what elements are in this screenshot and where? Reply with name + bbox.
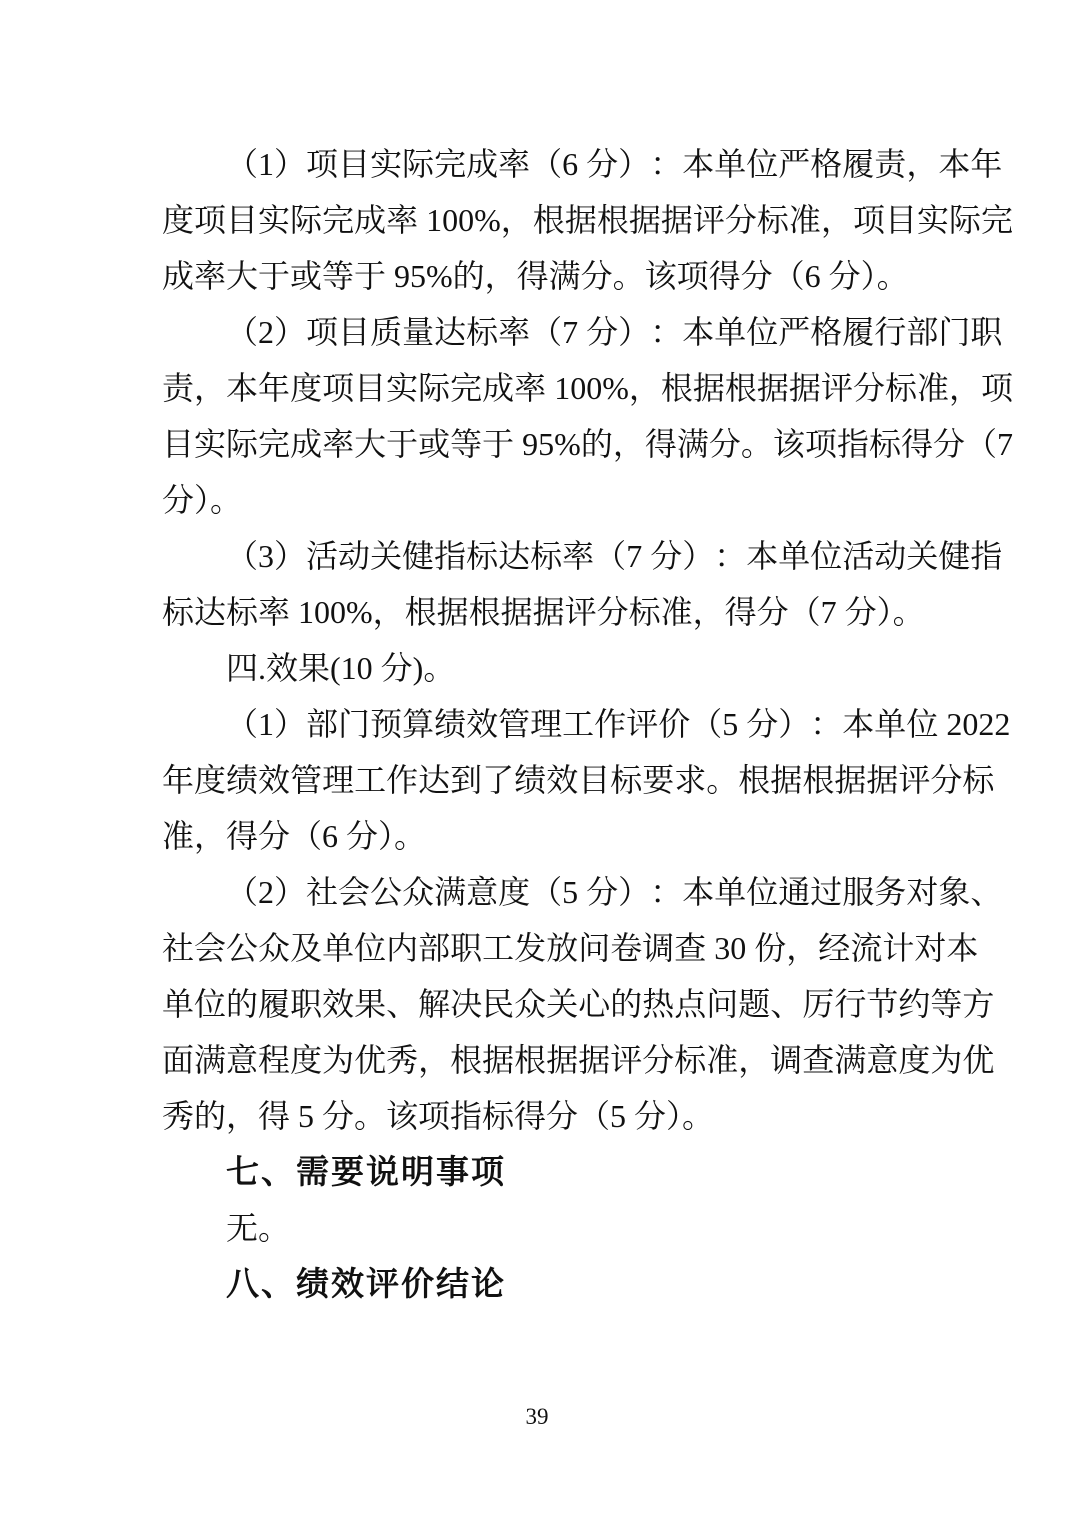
- document-page: （1）项目实际完成率（6 分）：本单位严格履责，本年度项目实际完成率 100%，…: [0, 0, 1074, 1520]
- text-line: 秀的，得 5 分。该项指标得分（5 分）。: [162, 1088, 910, 1144]
- text-line: 面满意程度为优秀，根据根据据评分标准，调查满意度为优: [162, 1032, 910, 1088]
- text-line: 无。: [162, 1200, 910, 1256]
- text-line: 社会公众及单位内部职工发放问卷调查 30 份，经流计对本: [162, 920, 910, 976]
- document-text: （1）项目实际完成率（6 分）：本单位严格履责，本年度项目实际完成率 100%，…: [162, 136, 910, 1312]
- text-line: （1）项目实际完成率（6 分）：本单位严格履责，本年: [162, 136, 910, 192]
- text-line: 四.效果(10 分)。: [162, 640, 910, 696]
- text-line: （1）部门预算绩效管理工作评价（5 分）：本单位 2022: [162, 696, 910, 752]
- section-heading: 七、需要说明事项: [162, 1144, 910, 1200]
- text-line: 责，本年度项目实际完成率 100%，根据根据据评分标准，项: [162, 360, 910, 416]
- text-line: 单位的履职效果、解决民众关心的热点问题、厉行节约等方: [162, 976, 910, 1032]
- text-line: 成率大于或等于 95%的，得满分。该项得分（6 分）。: [162, 248, 910, 304]
- section-heading: 八、绩效评价结论: [162, 1256, 910, 1312]
- text-line: （2）项目质量达标率（7 分）：本单位严格履行部门职: [162, 304, 910, 360]
- text-line: 标达标率 100%，根据根据据评分标准，得分（7 分）。: [162, 584, 910, 640]
- text-line: （2）社会公众满意度（5 分）：本单位通过服务对象、: [162, 864, 910, 920]
- text-line: 度项目实际完成率 100%，根据根据据评分标准，项目实际完: [162, 192, 910, 248]
- text-line: 分）。: [162, 472, 910, 528]
- text-line: 准，得分（6 分）。: [162, 808, 910, 864]
- text-line: （3）活动关健指标达标率（7 分）：本单位活动关健指: [162, 528, 910, 584]
- text-line: 目实际完成率大于或等于 95%的，得满分。该项指标得分（7: [162, 416, 910, 472]
- page-number: 39: [0, 1402, 1074, 1432]
- text-line: 年度绩效管理工作达到了绩效目标要求。根据根据据评分标: [162, 752, 910, 808]
